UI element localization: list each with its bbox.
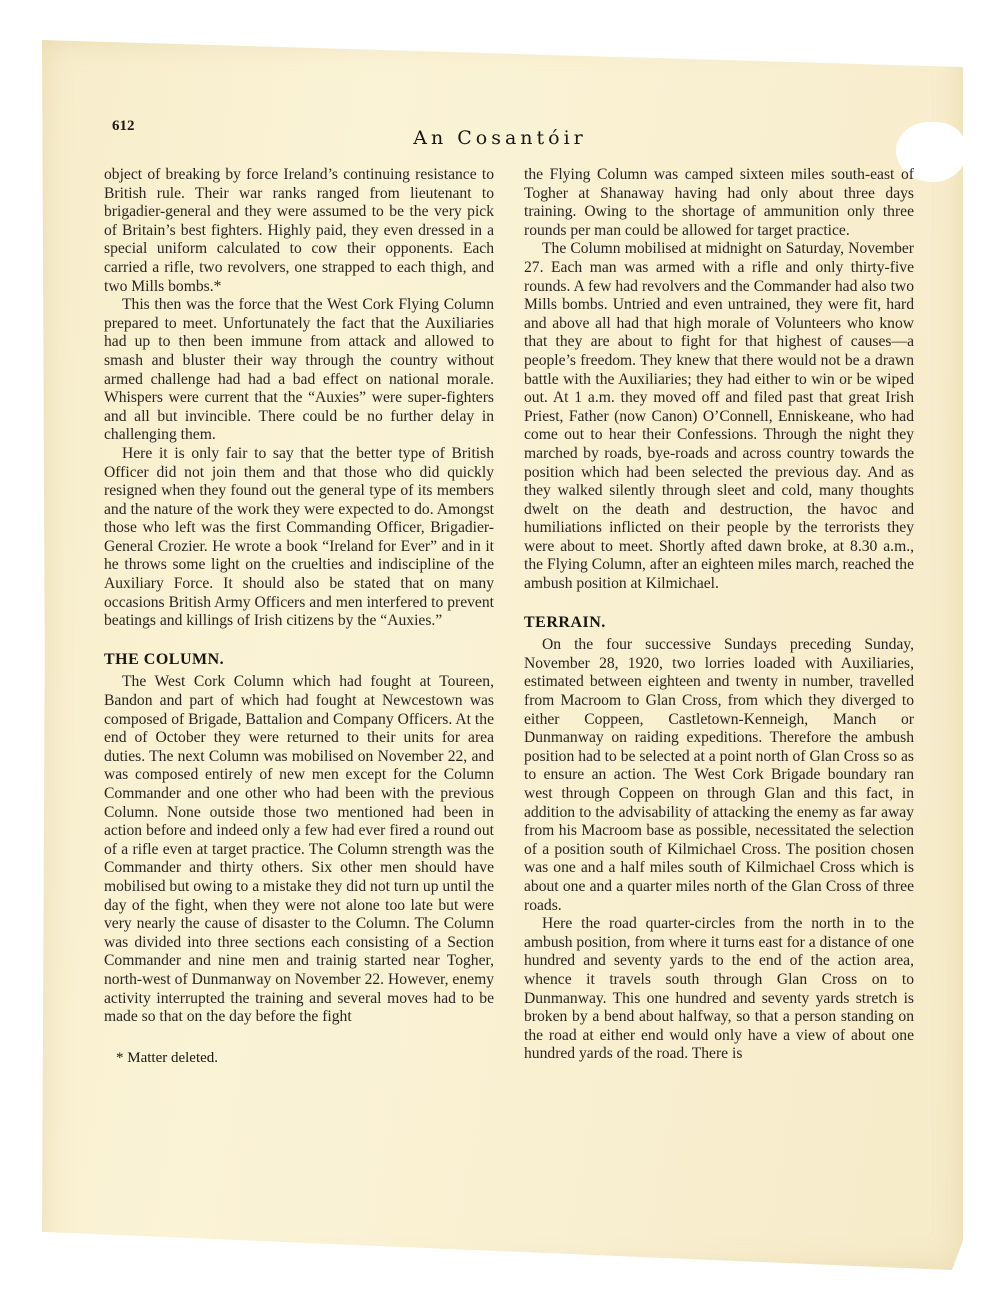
left-column: object of breaking by force Ireland’s co… bbox=[104, 166, 494, 1067]
paragraph: On the four successive Sundays preceding… bbox=[524, 636, 914, 915]
section-heading-the-column: THE COLUMN. bbox=[104, 651, 494, 670]
paragraph: This then was the force that the West Co… bbox=[104, 296, 494, 445]
paragraph: object of breaking by force Ireland’s co… bbox=[104, 166, 494, 296]
paragraph: The Column mobilised at midnight on Satu… bbox=[524, 240, 914, 593]
paragraph: the Flying Column was camped sixteen mil… bbox=[524, 166, 914, 240]
right-column: the Flying Column was camped sixteen mil… bbox=[524, 166, 914, 1064]
running-head: An Cosantóir bbox=[0, 127, 1000, 149]
paragraph: Here the road quarter-circles from the n… bbox=[524, 915, 914, 1064]
paragraph: The West Cork Column which had fought at… bbox=[104, 673, 494, 1026]
footnote: * Matter deleted. bbox=[116, 1049, 494, 1068]
paragraph: Here it is only fair to say that the bet… bbox=[104, 445, 494, 631]
section-heading-terrain: TERRAIN. bbox=[524, 614, 914, 633]
